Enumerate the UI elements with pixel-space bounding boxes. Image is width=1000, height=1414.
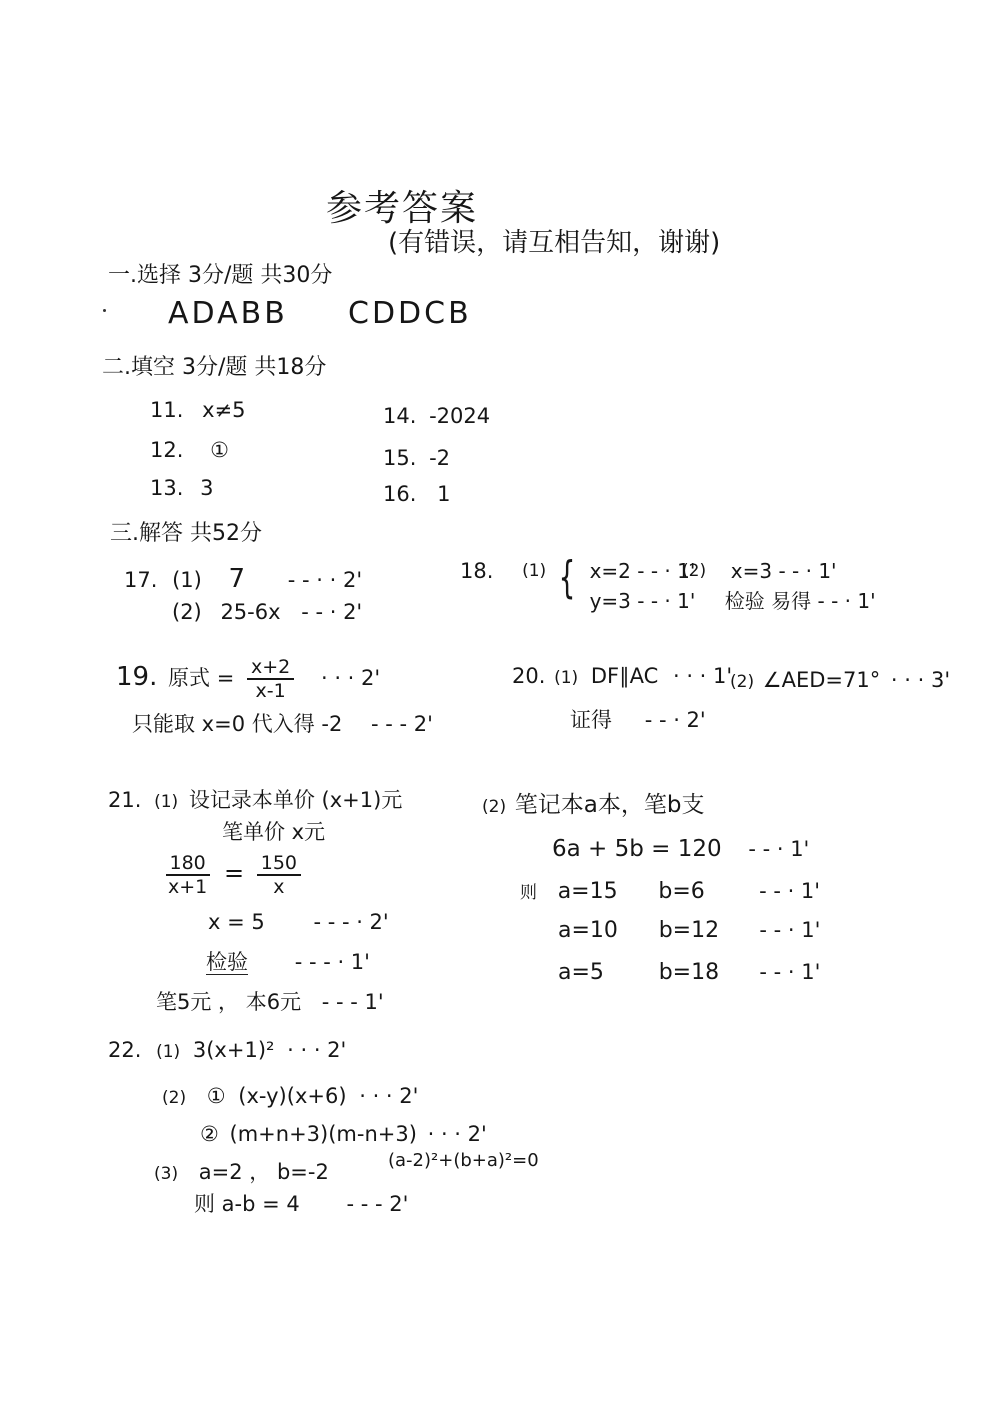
equation-text: 6a + 5b = 120: [552, 836, 722, 862]
brace-symbol: {: [558, 556, 575, 600]
question-number: 19.: [116, 662, 157, 692]
value-a: a=15: [558, 879, 642, 904]
item-number: 12.: [150, 438, 183, 462]
sub-mark: ①: [207, 1084, 226, 1108]
q21-equation: 180 x+1 = 150 x: [158, 852, 307, 898]
item-number: 16.: [383, 482, 416, 506]
part2-line1: x=3 - - · 1': [731, 556, 876, 586]
question-number: 21.: [108, 788, 141, 812]
q19-line2: 只能取 x=0 代入得 -2 - - - 2': [132, 708, 433, 738]
item-number: 11.: [150, 398, 183, 422]
choice-answers-1-5: ADABB: [168, 296, 288, 331]
value-b: b=18: [659, 960, 743, 985]
q22-part2-sub2: ② (m+n+3)(m-n+3) · · · 2': [200, 1122, 487, 1146]
proof-text: 证得: [570, 708, 612, 732]
q21-part1-line1: 21. (1) 设记录本单价 (x+1)元: [108, 784, 402, 814]
values-text: a=2 ， b=-2: [199, 1160, 329, 1184]
score-mark: · · · 2': [287, 1038, 346, 1062]
q21-result: 笔5元 ， 本6元 - - - 1': [156, 986, 384, 1016]
score-mark: · · · 2': [359, 1084, 418, 1108]
solution-line-x: x=2 - - · 1': [590, 556, 696, 586]
q18-part2: (2) x=3 - - · 1' 检验 易得 - - · 1': [682, 556, 876, 616]
item-answer: ①: [210, 438, 229, 462]
part-label: (2): [162, 1088, 186, 1108]
score-mark: - - · 1': [759, 960, 820, 984]
fill-item-12: 12. ①: [150, 438, 229, 462]
value-b: b=6: [658, 879, 742, 904]
fill-item-14: 14. -2024: [383, 404, 490, 428]
score-mark: - - - 2': [371, 712, 433, 736]
item-answer: 1: [437, 482, 450, 506]
part2-line2: 检验 易得 - - · 1': [725, 586, 876, 616]
score-mark: · · · 2': [321, 666, 380, 690]
result-text: 则 a-b = 4: [194, 1192, 300, 1216]
assumption-text: 笔记本a本，笔b支: [515, 792, 705, 818]
part-label: (3): [154, 1164, 178, 1184]
part-label: (2): [682, 561, 706, 581]
part-answer: DF∥AC: [591, 664, 658, 688]
q17-part2: (2) 25-6x - - · 2': [172, 600, 362, 624]
score-mark: - - · 1': [759, 879, 820, 903]
score-mark: - - · 1': [759, 918, 820, 942]
score-mark: - - - · 2': [313, 910, 388, 934]
q21-check: 检验 - - - · 1': [206, 946, 370, 976]
q21-part1-line2: 笔单价 x元: [222, 816, 325, 846]
denominator: x: [269, 876, 288, 898]
section-heading-choice: 一.选择 3分/题 共30分: [108, 258, 332, 289]
sub-answer: (m+n+3)(m-n+3): [230, 1122, 417, 1146]
fill-item-15: 15. -2: [383, 446, 450, 470]
sub-answer: (x-y)(x+6): [238, 1084, 346, 1108]
fill-item-16: 16. 1: [383, 482, 450, 506]
expression-prefix: 原式 =: [168, 666, 234, 690]
stray-dot: [103, 309, 106, 312]
q22-part2-sub1: (2) ① (x-y)(x+6) · · · 2': [162, 1084, 418, 1108]
q20-part1: 20. (1) DF∥AC · · · 1': [512, 664, 732, 688]
substitution-text: 只能取 x=0 代入得 -2: [132, 712, 342, 736]
q21-part2-solution-1: 则 a=15 b=6 - - · 1': [520, 878, 820, 904]
q20-part1-line2: 证得 - - · 2': [570, 704, 706, 734]
denominator: x+1: [164, 876, 211, 898]
numerator: x+2: [247, 656, 294, 680]
item-answer: -2024: [429, 404, 490, 428]
item-answer: 3: [200, 476, 213, 500]
score-mark: - - - 2': [346, 1192, 408, 1216]
q19-line1: 19. 原式 = x+2 x-1 · · · 2': [116, 656, 380, 702]
value-a: a=5: [558, 960, 642, 985]
then-label: 则: [520, 883, 537, 903]
item-answer: x≠5: [202, 398, 245, 422]
q22-part3-line1: (3) a=2 ， b=-2: [154, 1156, 329, 1186]
part-answer: ∠AED=71°: [763, 668, 880, 692]
question-number: 22.: [108, 1038, 141, 1062]
q22-part3-line2: 则 a-b = 4 - - - 2': [194, 1188, 408, 1218]
q21-part2-line1: (2) 笔记本a本，笔b支: [482, 786, 704, 819]
fraction: x+2 x-1: [247, 656, 294, 702]
question-number: 17.: [124, 568, 157, 592]
question-number: 20.: [512, 664, 545, 688]
part-label: (1): [154, 792, 178, 812]
part-answer: 7: [229, 564, 246, 594]
part-label: (2): [482, 797, 506, 817]
fraction-left: 180 x+1: [164, 852, 211, 898]
score-mark: - - - 1': [322, 990, 384, 1014]
part2-lines: x=3 - - · 1' 检验 易得 - - · 1': [731, 556, 876, 616]
score-mark: - - · · 2': [288, 568, 362, 592]
item-answer: -2: [429, 446, 450, 470]
part-answer: 3(x+1)²: [193, 1038, 275, 1062]
q21-solution: x = 5 - - - · 2': [208, 910, 389, 934]
q18-part1: 18. (1) { x=2 - - · 1' y=3 - - · 1': [460, 556, 695, 616]
q17-part1: 17. (1) 7 - - · · 2': [124, 564, 362, 594]
section-heading-solve: 三.解答 共52分: [110, 516, 262, 547]
q21-part2-solution-2: a=10 b=12 - - · 1': [558, 918, 820, 943]
part-label: (1): [172, 568, 202, 592]
section-heading-fill: 二.填空 3分/题 共18分: [102, 350, 326, 381]
assumption-line1: 设记录本单价 (x+1)元: [189, 788, 402, 812]
score-mark: · · · 3': [891, 668, 950, 692]
value-a: a=10: [558, 918, 642, 943]
item-number: 14.: [383, 404, 416, 428]
result-text: 笔5元 ， 本6元: [156, 990, 301, 1014]
part-answer: 25-6x: [220, 600, 280, 624]
system-solution: x=2 - - · 1' y=3 - - · 1': [590, 556, 696, 616]
solution-line-y: y=3 - - · 1': [590, 586, 696, 616]
score-mark: · · · 1': [673, 664, 732, 688]
part-label: (1): [156, 1042, 180, 1062]
q21-part2-solution-3: a=5 b=18 - - · 1': [558, 960, 820, 985]
part-label: (2): [172, 600, 202, 624]
score-mark: - - · 1': [748, 837, 809, 861]
check-text: 检验: [206, 950, 248, 975]
numerator: 150: [257, 852, 301, 876]
denominator: x-1: [252, 680, 290, 702]
q21-part2-equation: 6a + 5b = 120 - - · 1': [552, 836, 809, 862]
choice-answers-6-10: CDDCB: [348, 296, 472, 331]
item-number: 13.: [150, 476, 183, 500]
q22-part1: 22. (1) 3(x+1)² · · · 2': [108, 1038, 346, 1062]
part-label: (2): [730, 672, 754, 692]
score-mark: - - · 2': [301, 600, 362, 624]
fill-item-13: 13. 3: [150, 476, 213, 500]
part-label: (1): [522, 561, 546, 581]
numerator: 180: [166, 852, 210, 876]
score-mark: - - - · 1': [295, 950, 370, 974]
value-b: b=12: [659, 918, 743, 943]
score-mark: - - · 2': [645, 708, 706, 732]
solution-value: x = 5: [208, 910, 265, 934]
item-number: 15.: [383, 446, 416, 470]
q22-part3-note: (a-2)²+(b+a)²=0: [388, 1150, 539, 1171]
question-number: 18.: [460, 559, 493, 583]
sub-mark: ②: [200, 1122, 219, 1146]
page-subtitle: (有错误，请互相告知，谢谢): [388, 222, 720, 259]
fill-item-11: 11. x≠5: [150, 398, 245, 422]
fraction-right: 150 x: [257, 852, 301, 898]
score-mark: · · · 2': [428, 1122, 487, 1146]
q20-part2: (2) ∠AED=71° · · · 3': [730, 668, 950, 692]
part-label: (1): [554, 668, 578, 688]
equals-sign: =: [224, 859, 244, 887]
